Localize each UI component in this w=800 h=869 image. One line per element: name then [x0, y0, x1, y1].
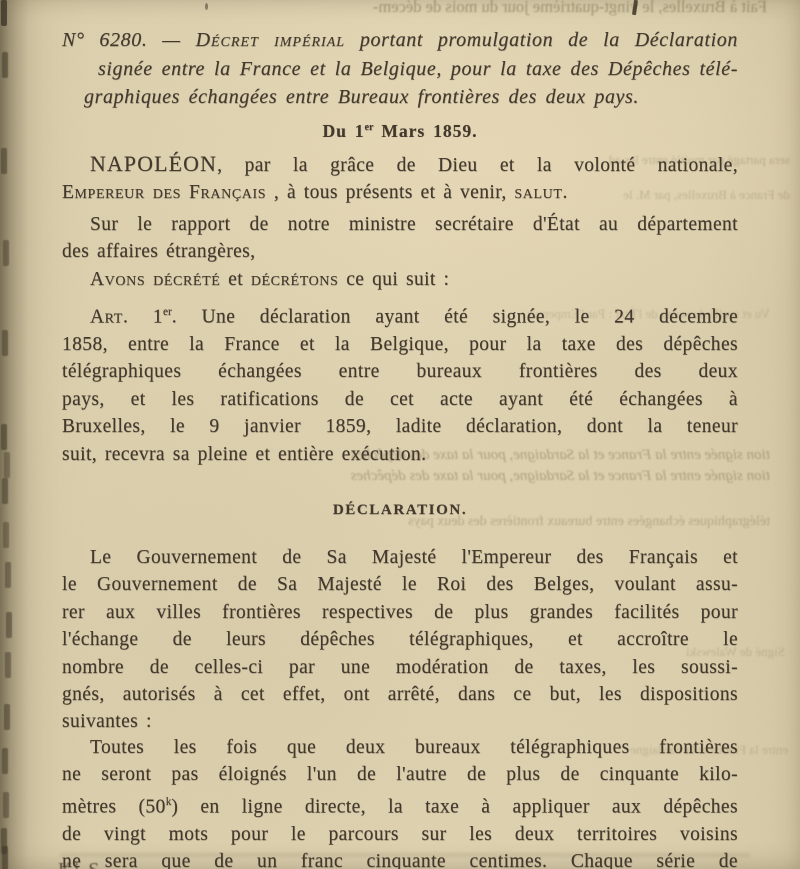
text-run: télégraphiques échangées entre bureaux f…	[62, 361, 738, 382]
text-line: de vingt mots pour le parcours sur les d…	[62, 821, 738, 848]
block-declaration-p1: Le Gouvernement de Sa Majesté l'Empereur…	[62, 544, 738, 736]
text-line: le Gouvernement de Sa Majesté le Roi des…	[62, 571, 738, 598]
text-run: er	[163, 306, 172, 318]
text-run: Du 1	[323, 121, 365, 141]
text-run: graphiques échangées entre Bureaux front…	[84, 86, 639, 108]
text-line: ne sera que de un franc cinquante centim…	[62, 848, 738, 869]
text-run: Le Gouvernement de Sa Majesté l'Empereur…	[90, 547, 738, 568]
text-run: ce qui suit :	[338, 269, 449, 290]
block-article-1: Art. 1er. Une déclaration ayant été sign…	[62, 299, 738, 468]
text-run: Sur le rapport de notre ministre secréta…	[90, 214, 738, 235]
text-run: mètres (50	[62, 796, 166, 817]
text-run: Bruxelles, le 9 janvier 1859, ladite déc…	[62, 416, 738, 437]
text-run: gnés, autorisés à cet effet, ont arrêté,…	[62, 684, 738, 705]
text-run: . 1	[123, 307, 163, 328]
text-run: et	[220, 269, 250, 290]
ink-speck	[632, 0, 638, 15]
text-line: Du 1er Mars 1859.	[62, 114, 738, 145]
text-line: Toutes les fois que deux bureaux télégra…	[62, 734, 738, 761]
text-run: de vingt mots pour le parcours sur les d…	[62, 824, 738, 845]
text-run: portant promulgation de la Déclaration	[345, 29, 738, 51]
text-run: le Gouvernement de Sa Majesté le Roi des…	[62, 574, 738, 595]
text-run: Art	[90, 307, 123, 328]
text-run: N° 6280. —	[62, 29, 196, 51]
text-line: NAPOLÉON, par la grâce de Dieu et la vol…	[62, 151, 738, 179]
text-line: Avons décrété et décrétons ce qui suit :	[62, 266, 738, 293]
cut-off-next-line: Ki S	[58, 860, 101, 869]
text-run: DÉCLARATION.	[333, 502, 467, 518]
text-run: NAPOLÉON	[90, 152, 217, 176]
text-run: , par la grâce de Dieu et la volonté nat…	[217, 155, 738, 176]
text-run: Avons décrété	[90, 269, 220, 290]
text-line: pays, et les ratifications de cet acte a…	[62, 386, 738, 413]
bottom-smudge	[60, 853, 750, 857]
text-run: signée entre la France et la Belgique, p…	[98, 58, 738, 80]
text-line: gnés, autorisés à cet effet, ont arrêté,…	[62, 681, 738, 708]
text-run: salut	[514, 182, 562, 203]
text-line: N° 6280. — Décret impérial portant promu…	[62, 26, 738, 55]
block-preamble: NAPOLÉON, par la grâce de Dieu et la vol…	[62, 151, 738, 207]
text-run: er	[365, 122, 374, 133]
bleedthrough-text: tion signée entre la France et la Sardai…	[172, 468, 770, 485]
text-run: . Une déclaration ayant été signée, le 2…	[172, 307, 738, 328]
text-run: des affaires étrangères,	[62, 241, 255, 262]
text-line: l'échange de leurs dépêches télégraphiqu…	[62, 626, 738, 653]
block-declaration-p2: Toutes les fois que deux bureaux télégra…	[62, 734, 738, 869]
scanned-document-page: Fait à Bruxelles, le vingt-quatrième jou…	[0, 0, 800, 869]
block-report: Sur le rapport de notre ministre secréta…	[62, 211, 738, 266]
text-run: Toutes les fois que deux bureaux télégra…	[90, 737, 738, 758]
text-line: des affaires étrangères,	[62, 238, 738, 265]
block-title: N° 6280. — Décret impérial portant promu…	[62, 26, 738, 112]
text-line: télégraphiques échangées entre bureaux f…	[62, 358, 738, 385]
text-line: Empereur des Français , à tous présents …	[62, 179, 738, 206]
text-run: pays, et les ratifications de cet acte a…	[62, 389, 738, 410]
block-decree-formula: Avons décrété et décrétons ce qui suit :	[62, 266, 738, 293]
text-line: nombre de celles-ci par une modération d…	[62, 654, 738, 681]
text-line: suivantes :	[62, 708, 738, 735]
text-run: ne seront pas éloignés l'un de l'autre d…	[62, 764, 738, 785]
text-line: Le Gouvernement de Sa Majesté l'Empereur…	[62, 544, 738, 571]
bleedthrough-text: Fait à Bruxelles, le vingt-quatrième jou…	[95, 0, 767, 22]
binding-gutter-shadow	[0, 0, 28, 869]
text-line: suit, recevra sa pleine et entière exécu…	[62, 441, 738, 468]
text-run: suivantes :	[62, 711, 152, 732]
text-run: décrétons	[251, 269, 339, 290]
text-line: 1858, entre la France et la Belgique, po…	[62, 331, 738, 358]
text-run: ) en ligne directe, la taxe à appliquer …	[171, 796, 738, 817]
text-run: .	[563, 182, 568, 203]
text-line: mètres (50k) en ligne directe, la taxe à…	[62, 789, 738, 821]
text-line: DÉCLARATION.	[62, 497, 738, 524]
text-line: signée entre la France et la Belgique, p…	[62, 55, 738, 84]
block-declaration-heading: DÉCLARATION.	[62, 497, 800, 524]
ink-speck	[205, 3, 208, 10]
text-line: Bruxelles, le 9 janvier 1859, ladite déc…	[62, 413, 738, 440]
text-line: Sur le rapport de notre ministre secréta…	[62, 211, 738, 238]
text-line: rer aux villes frontières respectives de…	[62, 599, 738, 626]
text-run: nombre de celles-ci par une modération d…	[62, 657, 738, 678]
text-line: Art. 1er. Une déclaration ayant été sign…	[62, 299, 738, 331]
block-date: Du 1er Mars 1859.	[62, 114, 738, 145]
text-line: graphiques échangées entre Bureaux front…	[62, 83, 738, 112]
text-run: rer aux villes frontières respectives de…	[62, 602, 738, 623]
text-run: , à tous présents et à venir,	[266, 182, 514, 203]
binding-ink-marks	[1, 0, 7, 26]
text-run: 1858, entre la France et la Belgique, po…	[62, 334, 738, 355]
text-run: suit, recevra sa pleine et entière exécu…	[62, 444, 426, 465]
text-run: Empereur des Français	[62, 182, 266, 203]
text-line: ne seront pas éloignés l'un de l'autre d…	[62, 761, 738, 788]
text-run: Décret impérial	[196, 29, 345, 51]
text-run: l'échange de leurs dépêches télégraphiqu…	[62, 629, 738, 650]
text-run: Mars 1859.	[374, 121, 478, 141]
